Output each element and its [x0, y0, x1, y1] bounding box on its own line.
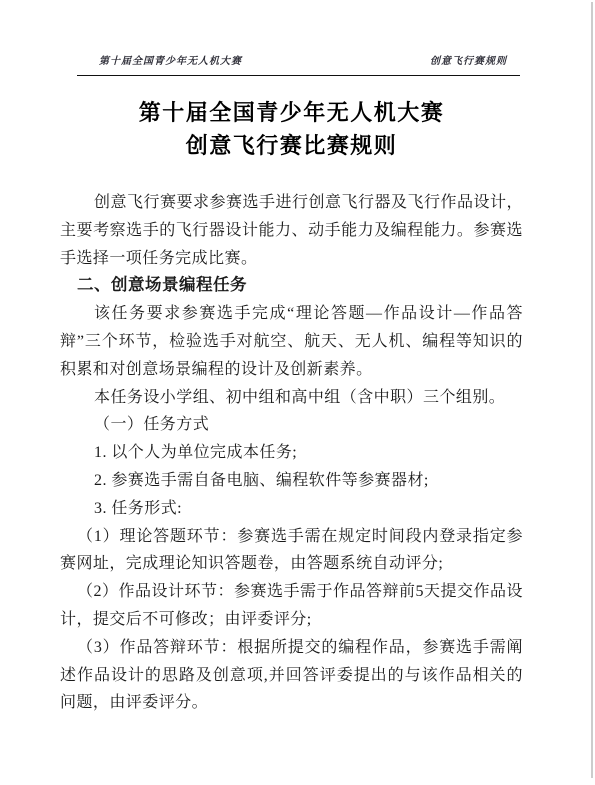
intro-paragraph: 创意飞行赛要求参赛选手进行创意飞行器及飞行作品设计，主要考察选手的飞行器设计能力…: [60, 189, 523, 272]
header-right-text: 创意飞行赛规则: [430, 52, 507, 67]
header-left-text: 第十届全国青少年无人机大赛: [99, 52, 242, 67]
task-form-item-2-design: （2）作品设计环节：参赛选手需于作品答辩前5天提交作品设计，提交后不可修改；由评…: [60, 578, 523, 634]
task-method-item-2: 2. 参赛选手需自备电脑、编程软件等参赛器材;: [60, 467, 523, 495]
groups-paragraph: 本任务设小学组、初中组和高中组（含中职）三个组别。: [60, 384, 523, 412]
subheading-task-method: （一）任务方式: [60, 411, 523, 439]
task-method-item-3: 3. 任务形式:: [60, 495, 523, 523]
document-title: 第十届全国青少年无人机大赛 创意飞行赛比赛规则: [60, 96, 523, 162]
document-title-line2: 创意飞行赛比赛规则: [60, 129, 523, 162]
task-method-item-1: 1. 以个人为单位完成本任务;: [60, 439, 523, 467]
task-form-item-3-defense: （3）作品答辩环节：根据所提交的编程作品，参赛选手需阐述作品设计的思路及创意项,…: [60, 634, 523, 717]
document-page: 第十届全国青少年无人机大赛 创意飞行赛规则 第十届全国青少年无人机大赛 创意飞行…: [0, 0, 595, 785]
task-description-paragraph: 该任务要求参赛选手完成“理论答题—作品设计—作品答辩”三个环节，检验选手对航空、…: [60, 300, 523, 383]
page-edge: [591, 2, 593, 778]
running-header: 第十届全国青少年无人机大赛 创意飞行赛规则: [77, 0, 520, 76]
task-form-item-1-theory: （1）理论答题环节：参赛选手需在规定时间段内登录指定参赛网址，完成理论知识答题卷…: [60, 523, 523, 579]
document-title-line1: 第十届全国青少年无人机大赛: [60, 96, 523, 129]
document-body: 第十届全国青少年无人机大赛 创意飞行赛比赛规则 创意飞行赛要求参赛选手进行创意飞…: [60, 76, 523, 717]
section-heading-task2: 二、创意场景编程任务: [60, 272, 523, 300]
